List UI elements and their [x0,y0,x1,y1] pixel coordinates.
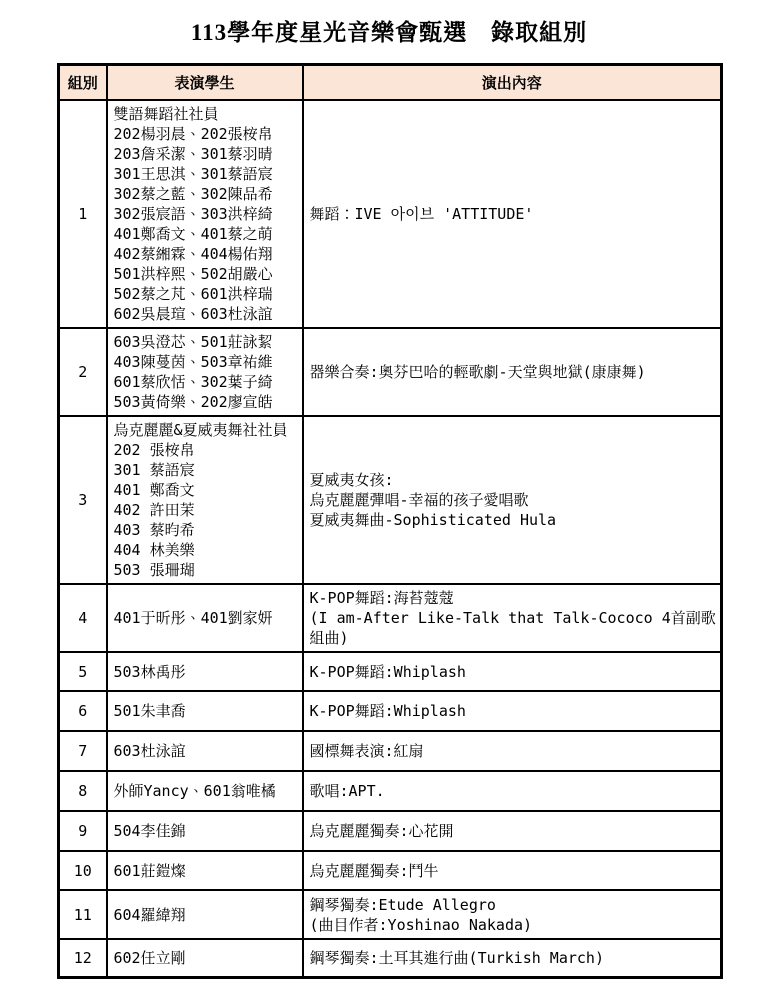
header-students: 表演學生 [107,65,303,101]
table-row: 5 503林禹彤 K-POP舞蹈:Whiplash [59,652,722,691]
content-cell: 國標舞表演:紅扇 [303,731,722,771]
table-row: 4 401于昕彤、401劉家妍 K-POP舞蹈:海苔蔻蔻 (I am-After… [59,584,722,652]
group-cell: 8 [59,771,107,811]
table-header-row: 組別 表演學生 演出內容 [59,65,722,101]
group-cell: 9 [59,811,107,851]
table-row: 7 603杜泳誼 國標舞表演:紅扇 [59,731,722,771]
content-cell: K-POP舞蹈:海苔蔻蔻 (I am-After Like-Talk that … [303,584,722,652]
students-cell: 601莊鎧燦 [107,851,303,890]
students-cell: 604羅緯翔 [107,890,303,939]
table-row: 1 雙語舞蹈社社員 202楊羽晨、202張桉帛 203詹采潔、301蔡羽晴 30… [59,100,722,328]
students-cell: 501朱聿喬 [107,691,303,731]
students-cell: 602任立剛 [107,939,303,977]
table-row: 10 601莊鎧燦 烏克麗麗獨奏:鬥牛 [59,851,722,890]
group-cell: 11 [59,890,107,939]
students-cell: 烏克麗麗&夏威夷舞社社員 202 張桉帛 301 蔡語宸 401 鄭喬文 402… [107,416,303,584]
content-cell: 舞蹈：IVE 아이브 'ATTITUDE' [303,100,722,328]
students-cell: 503林禹彤 [107,652,303,691]
group-cell: 1 [59,100,107,328]
table-row: 11 604羅緯翔 鋼琴獨奏:Etude Allegro (曲目作者:Yoshi… [59,890,722,939]
content-cell: 夏威夷女孩: 烏克麗麗彈唱-幸福的孩子愛唱歌 夏威夷舞曲-Sophisticat… [303,416,722,584]
header-content: 演出內容 [303,65,722,101]
group-cell: 7 [59,731,107,771]
table-row: 9 504李佳錦 烏克麗麗獨奏:心花開 [59,811,722,851]
content-cell: K-POP舞蹈:Whiplash [303,652,722,691]
group-cell: 4 [59,584,107,652]
content-cell: 器樂合奏:奧芬巴哈的輕歌劇-天堂與地獄(康康舞) [303,328,722,416]
table-row: 2 603吳澄芯、501莊詠絜 403陳蔓茵、503章祐維 601蔡欣恬、302… [59,328,722,416]
document-page: 113學年度星光音樂會甄選 錄取組別 組別 表演學生 演出內容 1 雙語舞蹈社社… [0,0,778,988]
group-cell: 6 [59,691,107,731]
students-cell: 雙語舞蹈社社員 202楊羽晨、202張桉帛 203詹采潔、301蔡羽晴 301王… [107,100,303,328]
header-group: 組別 [59,65,107,101]
results-table: 組別 表演學生 演出內容 1 雙語舞蹈社社員 202楊羽晨、202張桉帛 203… [57,63,723,979]
table-row: 12 602任立剛 鋼琴獨奏:土耳其進行曲(Turkish March) [59,939,722,977]
content-cell: K-POP舞蹈:Whiplash [303,691,722,731]
group-cell: 2 [59,328,107,416]
group-cell: 10 [59,851,107,890]
students-cell: 603吳澄芯、501莊詠絜 403陳蔓茵、503章祐維 601蔡欣恬、302葉子… [107,328,303,416]
content-cell: 烏克麗麗獨奏:鬥牛 [303,851,722,890]
content-cell: 鋼琴獨奏:土耳其進行曲(Turkish March) [303,939,722,977]
group-cell: 3 [59,416,107,584]
students-cell: 504李佳錦 [107,811,303,851]
content-cell: 烏克麗麗獨奏:心花開 [303,811,722,851]
students-cell: 603杜泳誼 [107,731,303,771]
group-cell: 5 [59,652,107,691]
students-cell: 外師Yancy、601翁唯橘 [107,771,303,811]
table-row: 3 烏克麗麗&夏威夷舞社社員 202 張桉帛 301 蔡語宸 401 鄭喬文 4… [59,416,722,584]
group-cell: 12 [59,939,107,977]
table-row: 8 外師Yancy、601翁唯橘 歌唱:APT. [59,771,722,811]
page-title: 113學年度星光音樂會甄選 錄取組別 [0,0,778,47]
content-cell: 鋼琴獨奏:Etude Allegro (曲目作者:Yoshinao Nakada… [303,890,722,939]
students-cell: 401于昕彤、401劉家妍 [107,584,303,652]
content-cell: 歌唱:APT. [303,771,722,811]
table-row: 6 501朱聿喬 K-POP舞蹈:Whiplash [59,691,722,731]
